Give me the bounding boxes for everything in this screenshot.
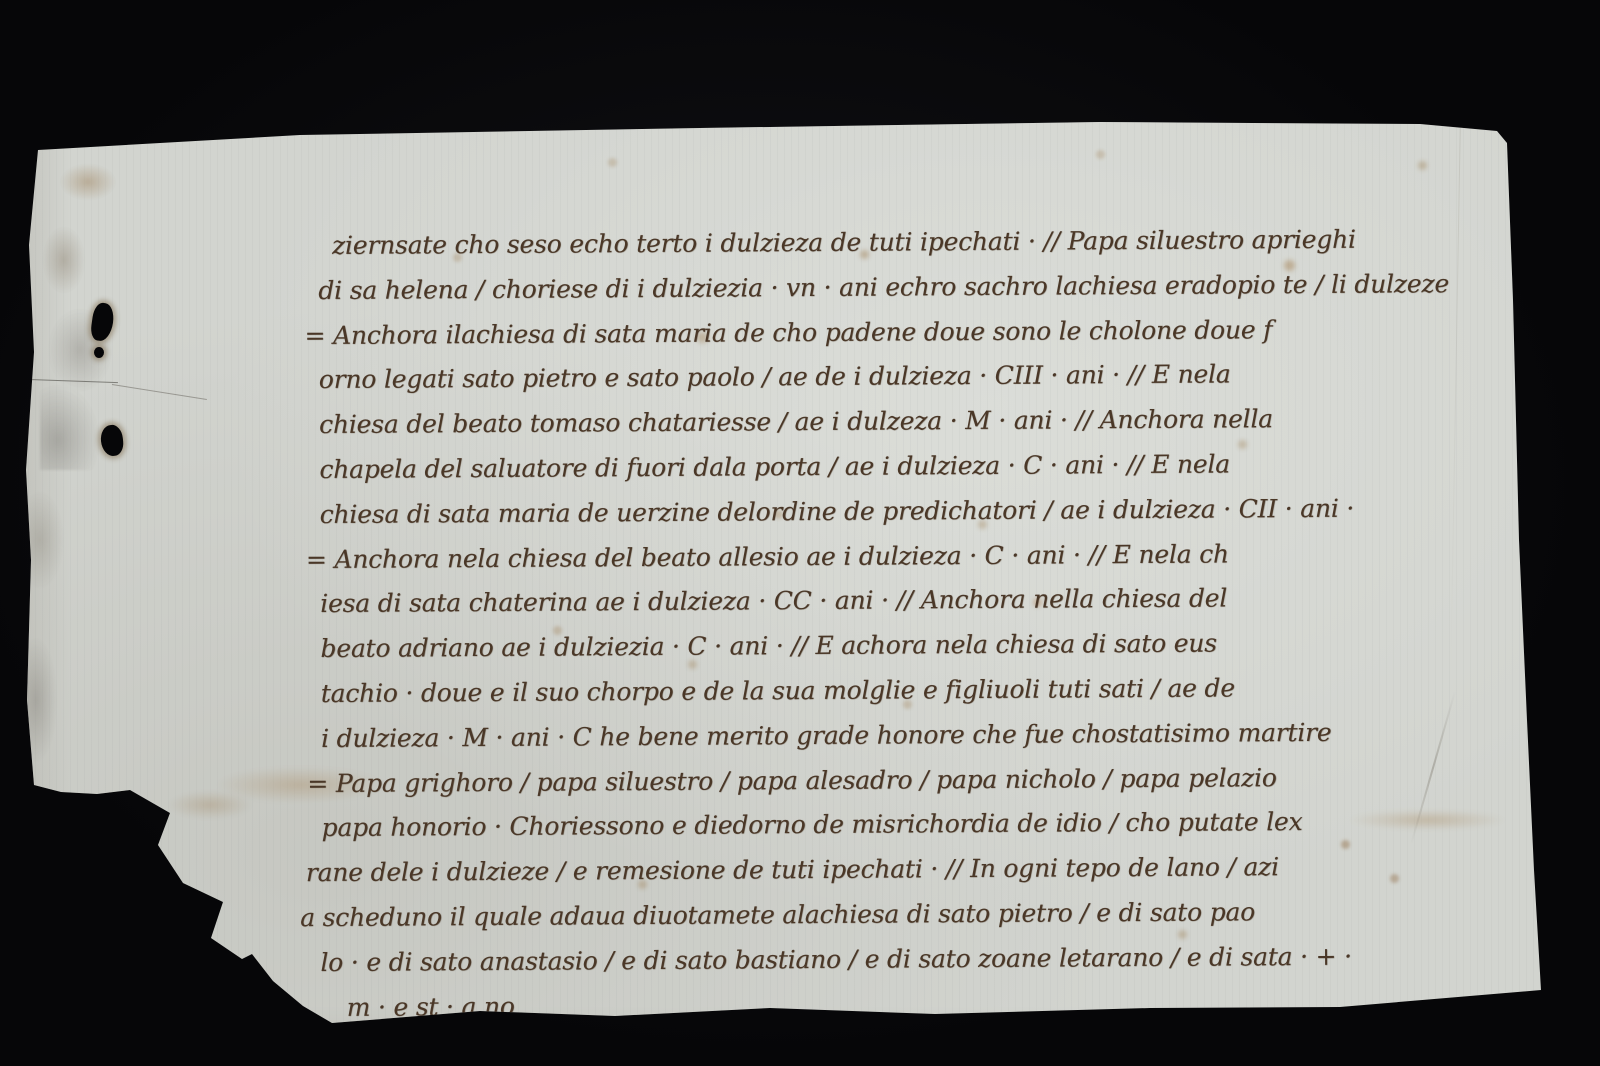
manuscript-line: = Anchora nela chiesa del beato allesio …: [306, 539, 1229, 574]
manuscript-line: chiesa di sata maria de uerzine delordin…: [320, 493, 1355, 528]
manuscript-line: a scheduno il quale adaua diuotamete ala…: [300, 897, 1255, 932]
manuscript-line: chiesa del beato tomaso chatariesse / ae…: [319, 404, 1273, 439]
manuscript-line: chapela del saluatore di fuori dala port…: [319, 449, 1230, 484]
photo-background: ziernsate cho seso echo terto i dulzieza…: [0, 0, 1600, 1066]
manuscript-page: ziernsate cho seso echo terto i dulzieza…: [0, 0, 1600, 1066]
manuscript-line: rane dele i dulzieze / e remesione de tu…: [306, 852, 1279, 887]
manuscript-line: = Anchora ilachiesa di sata maria de cho…: [304, 315, 1272, 350]
manuscript-line: m · e st · a no: [347, 991, 515, 1021]
manuscript-line: papa honorio · Choriessono e diedorno de…: [322, 807, 1303, 842]
manuscript-line: lo · e di sato anastasio / e di sato bas…: [320, 942, 1352, 977]
manuscript-line: orno legati sato pietro e sato paolo / a…: [319, 360, 1231, 395]
manuscript-line: iesa di sata chaterina ae i dulzieza · C…: [320, 584, 1227, 619]
manuscript-line: tachio · doue e il suo chorpo e de la su…: [321, 673, 1235, 708]
manuscript-line: = Papa grighoro / papa siluestro / papa …: [307, 763, 1277, 798]
manuscript-line: i dulzieza · M · ani · C he bene merito …: [321, 718, 1332, 753]
manuscript-line: di sa helena / choriese di i dulziezia ·…: [318, 269, 1449, 305]
foxing-spots: [0, 0, 5, 5]
manuscript-line: beato adriano ae i dulziezia · C · ani ·…: [320, 629, 1217, 663]
manuscript-line: ziernsate cho seso echo terto i dulzieza…: [332, 225, 1356, 260]
manuscript-text: ziernsate cho seso echo terto i dulzieza…: [0, 0, 1600, 1066]
